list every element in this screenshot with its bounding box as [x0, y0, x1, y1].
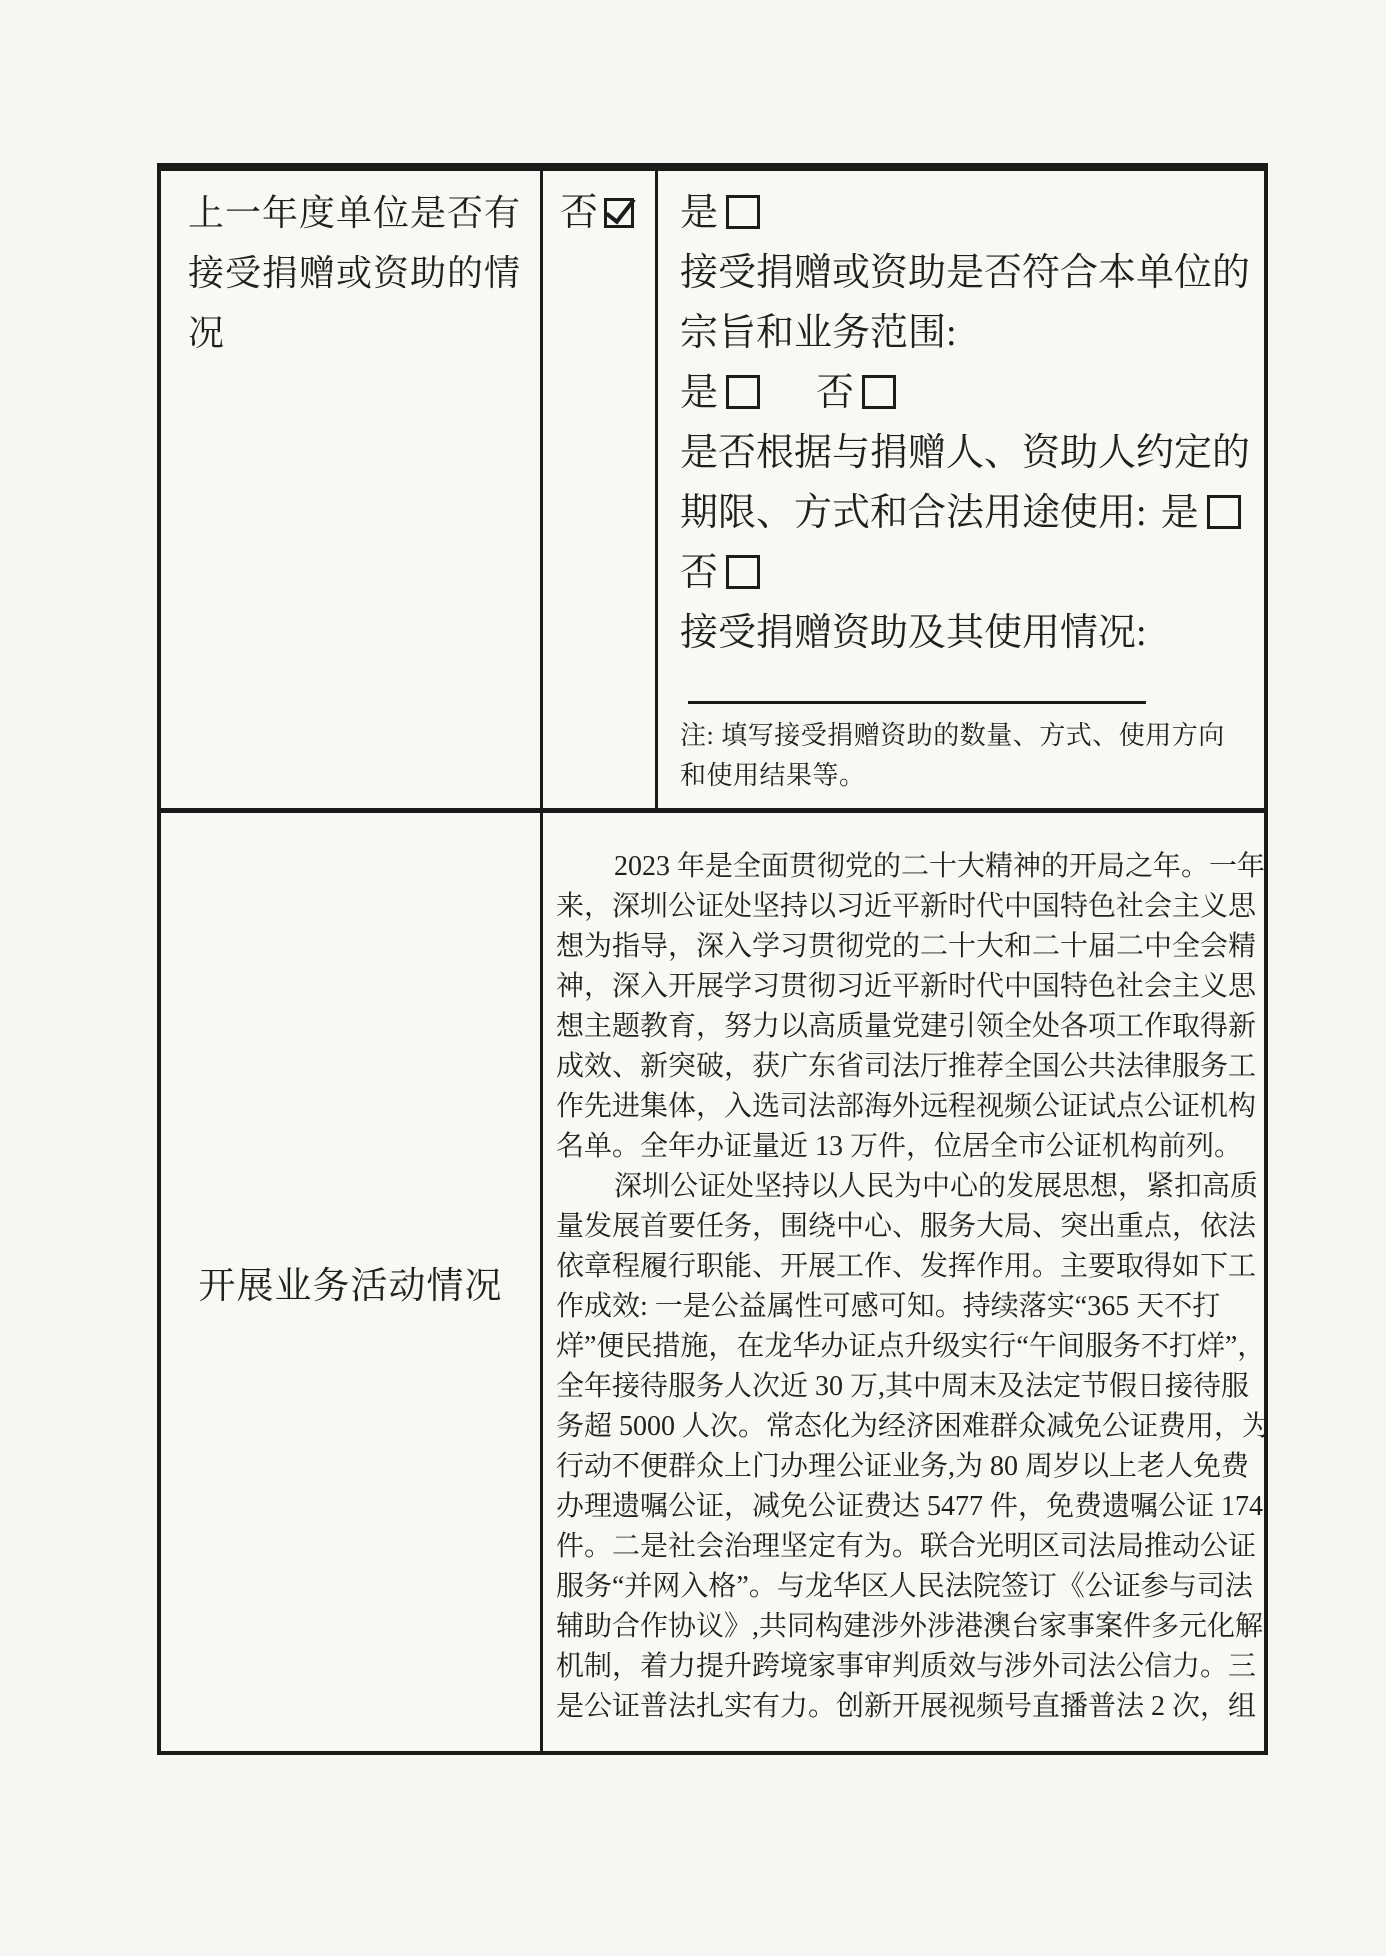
- paragraph-line: 办理遗嘱公证，减免公证费达 5477 件，免费遗嘱公证 174: [556, 1487, 1256, 1527]
- donation-row: 上一年度单位是否有接受捐赠或资助的情况 否 是 接受捐赠或资助是否符合本单位的 …: [161, 171, 1264, 813]
- question-line: 况: [188, 303, 522, 363]
- paragraph-line: 全年接待服务人次近 30 万,其中周末及法定节假日接待服: [556, 1367, 1256, 1407]
- note-block: 注: 填写接受捐赠资助的数量、方式、使用方向 和使用结果等。: [680, 716, 1254, 796]
- no-label: 否: [816, 372, 854, 414]
- checkbox-icon: [726, 375, 760, 409]
- paragraph-line: 量发展首要任务，围绕中心、服务大局、突出重点，依法: [556, 1207, 1256, 1247]
- paragraph-line: 作先进集体，入选司法部海外远程视频公证试点公证机构: [556, 1087, 1256, 1127]
- detail-yes-line: 是: [680, 183, 1254, 243]
- paragraph-line: 成效、新突破，获广东省司法厅推荐全国公共法律服务工: [556, 1047, 1256, 1087]
- paragraph-line: 行动不便群众上门办理公证业务,为 80 周岁以上老人免费: [556, 1447, 1256, 1487]
- donation-question-cell: 上一年度单位是否有接受捐赠或资助的情况: [161, 171, 543, 808]
- paragraph-line: 名单。全年办证量近 13 万件，位居全市公证机构前列。: [556, 1127, 1256, 1167]
- paragraph-line: 神，深入开展学习贯彻习近平新时代中国特色社会主义思: [556, 967, 1256, 1007]
- donation-question-lines: 上一年度单位是否有接受捐赠或资助的情况: [188, 183, 522, 363]
- checkbox-checked-icon: [604, 198, 634, 228]
- note-line: 和使用结果等。: [680, 756, 1254, 796]
- paragraph-line: 想主题教育，努力以高质量党建引领全处各项工作取得新: [556, 1007, 1256, 1047]
- yes-label: 是: [1161, 492, 1199, 534]
- answer-no-label: 否: [560, 192, 598, 234]
- paragraph-line: 深圳公证处坚持以人民为中心的发展思想，紧扣高质: [556, 1167, 1256, 1207]
- business-activity-label: 开展业务活动情况: [199, 1255, 503, 1309]
- note-line: 注: 填写接受捐赠资助的数量、方式、使用方向: [680, 716, 1254, 756]
- paragraph-line: 2023 年是全面贯彻党的二十大精神的开局之年。一年: [556, 847, 1256, 887]
- checkbox-icon: [1207, 495, 1241, 529]
- fit-yes-no-line: 是否: [680, 363, 1254, 423]
- paragraph-line: 来，深圳公证处坚持以习近平新时代中国特色社会主义思: [556, 887, 1256, 927]
- yes-label: 是: [680, 372, 718, 414]
- agreement-question-line: 期限、方式和合法用途使用:是: [680, 483, 1254, 543]
- agreement-no-line: 否: [680, 543, 1254, 603]
- paragraph-line: 务超 5000 人次。常态化为经济困难群众减免公证费用，为: [556, 1407, 1256, 1447]
- agreement-question-text: 期限、方式和合法用途使用:: [680, 492, 1147, 534]
- business-activity-row: 开展业务活动情况 2023 年是全面贯彻党的二十大精神的开局之年。一年来，深圳公…: [161, 813, 1264, 1751]
- activity-paragraph-1: 2023 年是全面贯彻党的二十大精神的开局之年。一年来，深圳公证处坚持以习近平新…: [556, 847, 1256, 1167]
- checkbox-icon: [862, 375, 896, 409]
- paragraph-line: 辅助合作协议》,共同构建涉外涉港澳台家事案件多元化解: [556, 1607, 1256, 1647]
- usage-label-line: 接受捐赠资助及其使用情况:: [680, 603, 1254, 663]
- paragraph-line: 作成效: 一是公益属性可感可知。持续落实“365 天不打: [556, 1287, 1256, 1327]
- fit-question-line: 宗旨和业务范围:: [680, 303, 1254, 363]
- paragraph-line: 烊”便民措施，在龙华办证点升级实行“午间服务不打烊”，: [556, 1327, 1256, 1367]
- blank-underline: [688, 701, 1146, 704]
- paragraph-line: 是公证普法扎实有力。创新开展视频号直播普法 2 次，组: [556, 1687, 1256, 1727]
- paragraph-line: 服务“并网入格”。与龙华区人民法院签订《公证参与司法: [556, 1567, 1256, 1607]
- yes-label: 是: [680, 192, 718, 234]
- donation-answer-cell: 否: [543, 171, 658, 808]
- question-line: 接受捐赠或资助的情: [188, 243, 522, 303]
- activity-paragraph-2: 深圳公证处坚持以人民为中心的发展思想，紧扣高质量发展首要任务，围绕中心、服务大局…: [556, 1167, 1256, 1727]
- paragraph-line: 机制，着力提升跨境家事审判质效与涉外司法公信力。三: [556, 1647, 1256, 1687]
- no-label: 否: [680, 552, 718, 594]
- donation-detail-cell: 是 接受捐赠或资助是否符合本单位的 宗旨和业务范围: 是否 是否根据与捐赠人、资…: [658, 171, 1264, 808]
- checkbox-icon: [726, 555, 760, 589]
- paragraph-line: 想为指导，深入学习贯彻党的二十大和二十届二中全会精: [556, 927, 1256, 967]
- question-line: 上一年度单位是否有: [188, 183, 522, 243]
- paragraph-line: 件。二是社会治理坚定有为。联合光明区司法局推动公证: [556, 1527, 1256, 1567]
- scanned-annual-report-page: 上一年度单位是否有接受捐赠或资助的情况 否 是 接受捐赠或资助是否符合本单位的 …: [0, 0, 1386, 1956]
- paragraph-line: 依章程履行职能、开展工作、发挥作用。主要取得如下工: [556, 1247, 1256, 1287]
- report-table: 上一年度单位是否有接受捐赠或资助的情况 否 是 接受捐赠或资助是否符合本单位的 …: [157, 163, 1268, 1755]
- agreement-question-line: 是否根据与捐赠人、资助人约定的: [680, 423, 1254, 483]
- checkbox-icon: [726, 195, 760, 229]
- business-activity-content-cell: 2023 年是全面贯彻党的二十大精神的开局之年。一年来，深圳公证处坚持以习近平新…: [543, 813, 1264, 1751]
- business-activity-label-cell: 开展业务活动情况: [161, 813, 543, 1751]
- fit-question-line: 接受捐赠或资助是否符合本单位的: [680, 243, 1254, 303]
